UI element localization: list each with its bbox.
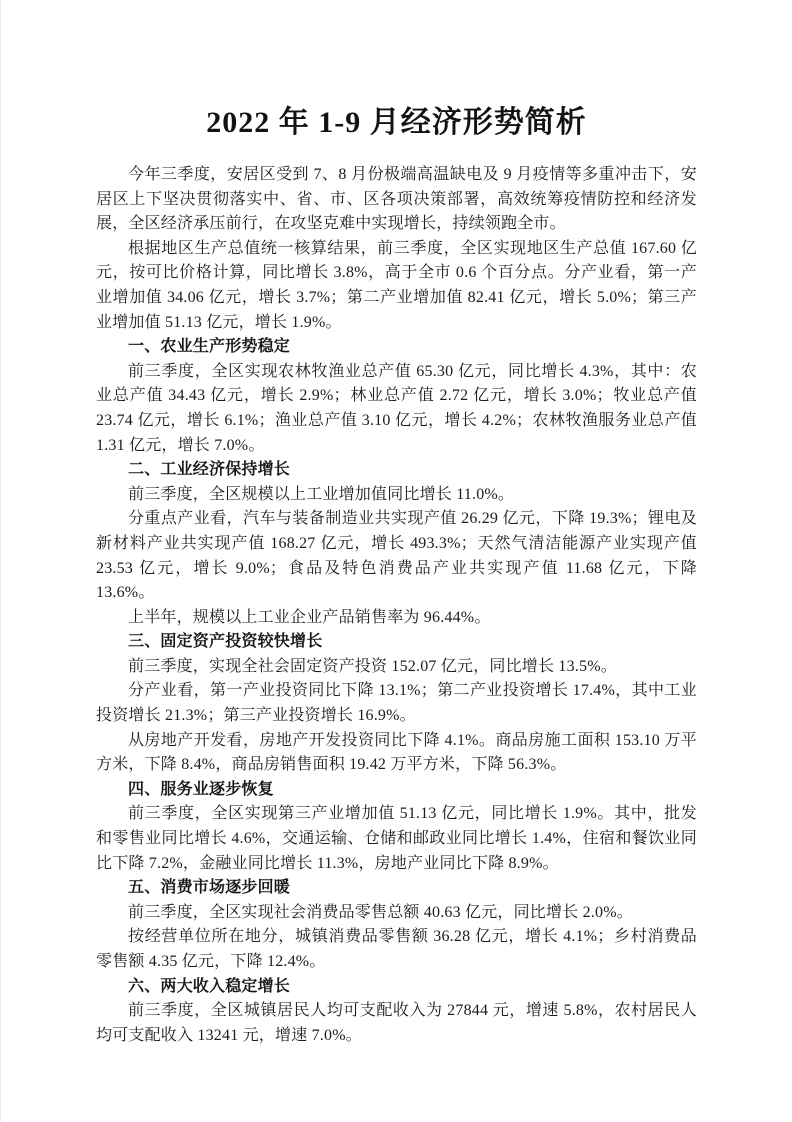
- paragraph-real-estate: 从房地产开发看，房地产开发投资同比下降 4.1%。商品房施工面积 153.10 …: [96, 729, 697, 778]
- section-heading-1-agriculture: 一、农业生产形势稳定: [96, 335, 697, 360]
- paragraph-retail-total: 前三季度，全区实现社会消费品零售总额 40.63 亿元，同比增长 2.0%。: [96, 901, 697, 926]
- document-page: 2022 年 1-9 月经济形势简析 今年三季度，安居区受到 7、8 月份极端高…: [0, 0, 792, 1122]
- paragraph-intro: 今年三季度，安居区受到 7、8 月份极端高温缺电及 9 月疫情等多重冲击下，安居…: [96, 163, 697, 237]
- paragraph-industry-growth: 前三季度，全区规模以上工业增加值同比增长 11.0%。: [96, 483, 697, 508]
- paragraph-investment-by-sector: 分产业看，第一产业投资同比下降 13.1%；第二产业投资增长 17.4%，其中工…: [96, 679, 697, 728]
- section-heading-5-consumption: 五、消费市场逐步回暖: [96, 876, 697, 901]
- section-heading-2-industry: 二、工业经济保持增长: [96, 458, 697, 483]
- paragraph-income: 前三季度，全区城镇居民人均可支配收入为 27844 元，增速 5.8%，农村居民…: [96, 999, 697, 1048]
- paragraph-retail-by-location: 按经营单位所在地分，城镇消费品零售额 36.28 亿元，增长 4.1%；乡村消费…: [96, 925, 697, 974]
- paragraph-agriculture: 前三季度，全区实现农林牧渔业总产值 65.30 亿元，同比增长 4.3%，其中：…: [96, 360, 697, 458]
- paragraph-services: 前三季度，全区实现第三产业增加值 51.13 亿元，同比增长 1.9%。其中，批…: [96, 802, 697, 876]
- section-heading-6-income: 六、两大收入稳定增长: [96, 975, 697, 1000]
- paragraph-industry-detail: 分重点产业看，汽车与装备制造业共实现产值 26.29 亿元，下降 19.3%；锂…: [96, 507, 697, 605]
- document-title: 2022 年 1-9 月经济形势简析: [1, 0, 792, 144]
- paragraph-investment-total: 前三季度，实现全社会固定资产投资 152.07 亿元，同比增长 13.5%。: [96, 655, 697, 680]
- section-heading-3-investment: 三、固定资产投资较快增长: [96, 630, 697, 655]
- document-body: 今年三季度，安居区受到 7、8 月份极端高温缺电及 9 月疫情等多重冲击下，安居…: [96, 163, 697, 1048]
- paragraph-industry-sales-rate: 上半年，规模以上工业企业产品销售率为 96.44%。: [96, 606, 697, 631]
- section-heading-4-services: 四、服务业逐步恢复: [96, 778, 697, 803]
- paragraph-gdp-summary: 根据地区生产总值统一核算结果，前三季度，全区实现地区生产总值 167.60 亿元…: [96, 237, 697, 335]
